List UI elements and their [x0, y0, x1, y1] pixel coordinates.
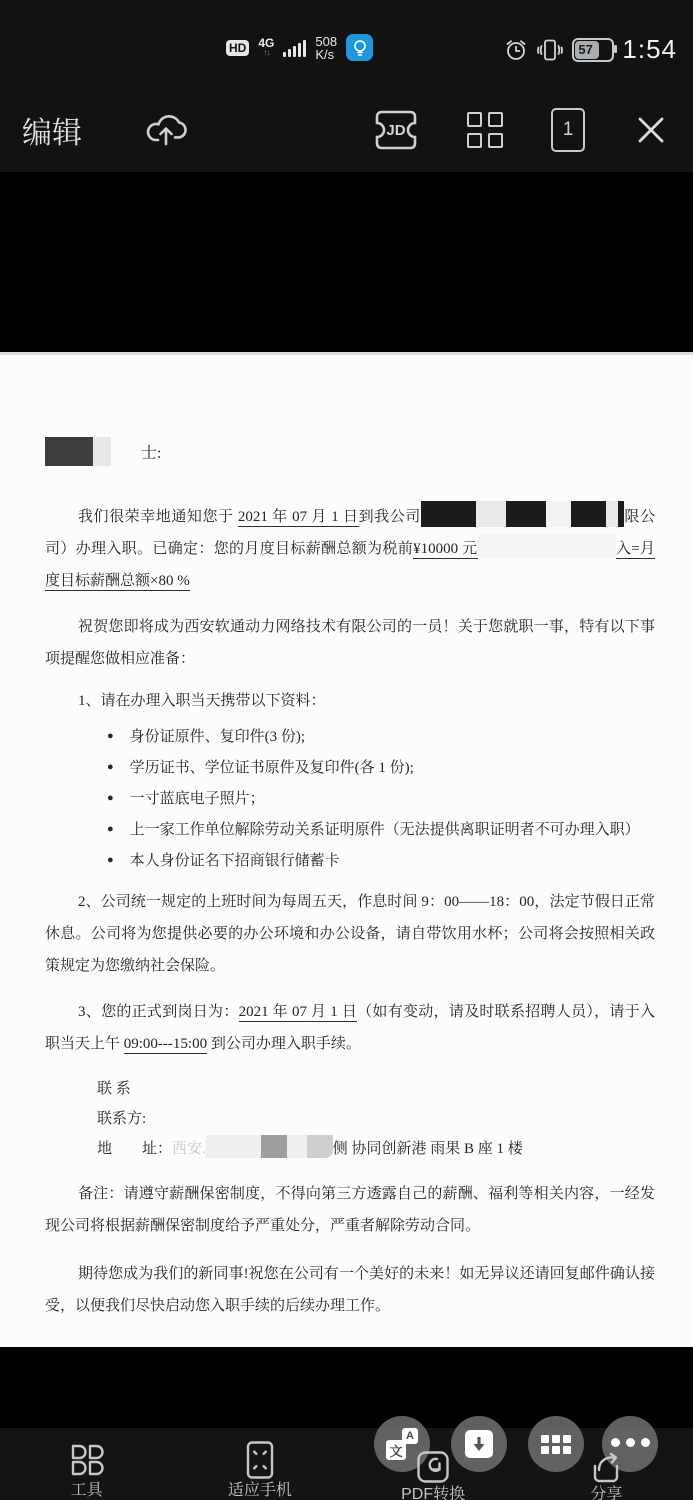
status-left-group: HD 4G ↑↓ 508 K/s [226, 34, 373, 61]
jd-reader-icon[interactable]: JD [373, 109, 419, 151]
battery-level: 57 [578, 42, 592, 57]
status-right-group: 57 1:54 [504, 34, 677, 65]
bullet-icon: ● [107, 730, 114, 742]
document-page[interactable]: 士: 我们很荣幸地通知您于 2021 年 07 月 1 日到我公司限公司）办理入… [0, 352, 693, 1347]
paragraph-closing: 期待您成为我们的新同事!祝您在公司有一个美好的未来！如无异议还请回复邮件确认接受… [45, 1258, 655, 1322]
vibrate-icon [536, 38, 564, 62]
checkin-time-range: 09:00---15:00 [124, 1036, 207, 1054]
tools-button[interactable]: 工具 [0, 1428, 173, 1500]
address-redaction-box [206, 1135, 261, 1158]
contact-person-line: 联 系 [97, 1074, 655, 1104]
bullet-icon: ● [107, 792, 114, 804]
grid-icon [541, 1435, 571, 1454]
checklist-header: 1、请在办理入职当天携带以下资料： [45, 685, 655, 717]
fit-phone-icon [245, 1440, 275, 1480]
company-redaction-box [506, 501, 546, 527]
name-redaction-box [45, 437, 93, 466]
pdf-convert-icon [416, 1450, 450, 1484]
checklist-item: ●一寸蓝底电子照片； [107, 783, 655, 814]
start-date: 2021 年 07 月 1 日 [239, 1004, 358, 1022]
more-dots-icon [611, 1438, 650, 1447]
checklist-item: ●上一家工作单位解除劳动关系证明原件（无法提供离职证明者不可办理入职） [107, 814, 655, 845]
speed-value: 508 [315, 35, 337, 48]
translate-icon: A 文 [386, 1428, 418, 1460]
toolbar-right-group: JD 1 [373, 104, 669, 156]
onboarding-date: 2021 年 07 月 1 日 [238, 509, 359, 527]
page-number: 1 [563, 119, 574, 141]
checklist-item: ●身份证原件、复印件(3 份); [107, 721, 655, 752]
bottom-toolbar: 工具 适应手机 PDF转换 分享 [0, 1428, 693, 1500]
clock-time: 1:54 [622, 34, 677, 65]
contact-block: 联 系 联系方: 地 址：西安.侧 协同创新港 雨果 B 座 1 楼 [97, 1074, 655, 1164]
salutation-line: 士: [45, 435, 655, 467]
salutation-suffix: 士: [141, 440, 161, 463]
name-redaction-fade [93, 437, 111, 466]
cloud-upload-icon[interactable] [140, 102, 192, 154]
alarm-icon [504, 38, 528, 62]
speed-unit: K/s [315, 48, 337, 61]
paragraph-startdate: 3、您的正式到岗日为：2021 年 07 月 1 日（如有变动，请及时联系招聘人… [45, 996, 655, 1060]
signal-strength-icon [283, 39, 306, 57]
page-indicator[interactable]: 1 [551, 108, 585, 152]
address-redaction-box [261, 1135, 287, 1158]
paragraph-offer: 我们很荣幸地通知您于 2021 年 07 月 1 日到我公司限公司）办理入职。已… [45, 501, 655, 597]
checklist-item: ●本人身份证名下招商银行储蓄卡 [107, 845, 655, 876]
checklist-item: ●学历证书、学位证书原件及复印件(各 1 份); [107, 752, 655, 783]
paragraph-congrats: 祝贺您即将成为西安软通动力网络技术有限公司的一员！关于您就职一事，特有以下事项提… [45, 611, 655, 675]
close-icon[interactable] [633, 112, 669, 148]
whited-out-redaction [478, 534, 616, 558]
top-bar-region: HD 4G ↑↓ 508 K/s [0, 0, 693, 172]
fit-phone-button[interactable]: 适应手机 [173, 1428, 346, 1500]
bullet-icon: ● [107, 761, 114, 773]
letter-body: 士: 我们很荣幸地通知您于 2021 年 07 月 1 日到我公司限公司）办理入… [0, 435, 693, 1322]
jd-label: JD [373, 109, 419, 151]
share-icon [587, 1450, 625, 1484]
download-icon [465, 1430, 493, 1458]
tools-grid-icon [70, 1440, 104, 1480]
address-line: 地 址：西安.侧 协同创新港 雨果 B 座 1 楼 [97, 1134, 655, 1164]
company-redaction-box [421, 501, 476, 527]
network-activity-arrows-icon: ↑↓ [263, 48, 269, 58]
network-type-indicator: 4G ↑↓ [258, 38, 274, 58]
paragraph-remark: 备注：请遵守薪酬保密制度，不得向第三方透露自己的薪酬、福利等相关内容，一经发现公… [45, 1178, 655, 1242]
company-redaction-box [571, 501, 606, 527]
network-speed: 508 K/s [315, 35, 337, 61]
paragraph-worktime: 2、公司统一规定的上班时间为每周五天，作息时间 9：00——18：00，法定节假… [45, 886, 655, 982]
contact-method-line: 联系方: [97, 1104, 655, 1134]
thumbnail-grid-icon[interactable] [467, 112, 503, 148]
grid-fab-button[interactable] [528, 1416, 584, 1472]
download-fab-button[interactable] [451, 1416, 507, 1472]
checklist: ●身份证原件、复印件(3 份); ●学历证书、学位证书原件及复印件(各 1 份)… [45, 721, 655, 876]
bullet-icon: ● [107, 823, 114, 835]
address-faint-remnant: 西安. [172, 1141, 206, 1157]
salary-amount: ¥10000 元 [413, 541, 477, 559]
hd-volte-icon: HD [226, 40, 249, 56]
lightbulb-app-icon [346, 34, 373, 61]
edit-button[interactable]: 编辑 [22, 108, 82, 152]
bullet-icon: ● [107, 854, 114, 866]
battery-icon: 57 [572, 38, 614, 62]
